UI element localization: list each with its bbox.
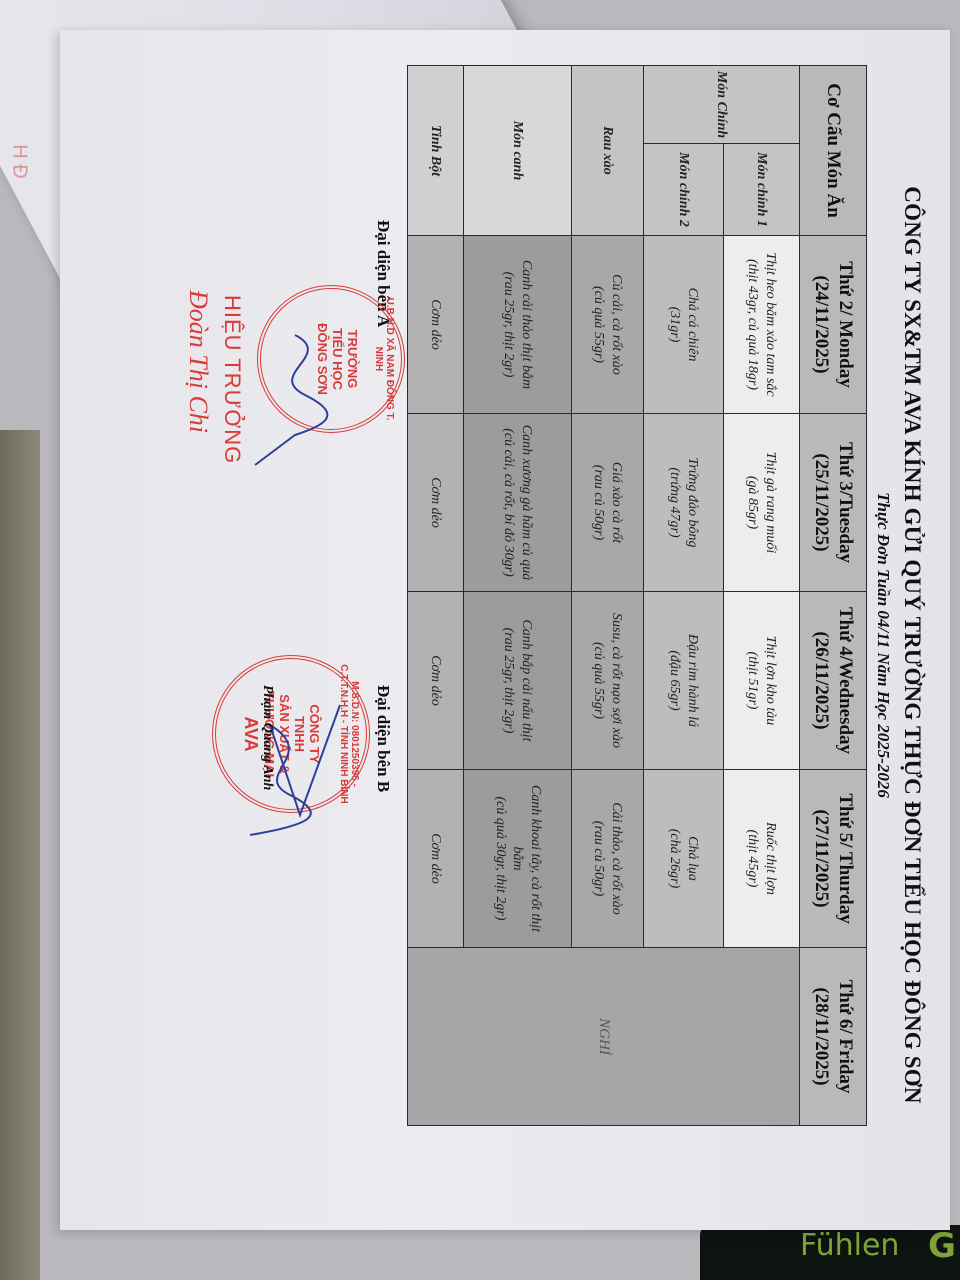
menu-cell: Cải thảo, cà rốt xào(rau củ 50gr)	[572, 770, 644, 948]
menu-cell: Cơm dẻo	[408, 770, 464, 948]
menu-cell: Canh cải thảo thịt bằm(rau 25gr, thịt 2g…	[464, 236, 572, 414]
party-a-name: Đoàn Thị Chi	[183, 290, 213, 433]
menu-cell: Canh xương gà hầm củ quả(củ cải, cà rốt,…	[464, 414, 572, 592]
day-header: Thứ 2/ Monday(24/11/2025)	[800, 236, 867, 414]
weekly-menu-table: Cơ Cấu Món Ăn Thứ 2/ Monday(24/11/2025) …	[407, 65, 867, 1126]
menu-cell: Thịt lợn kho tàu(thịt 51gr)	[724, 592, 800, 770]
signature-a	[245, 325, 355, 475]
row-label: Món canh	[464, 66, 572, 236]
row-label: Món chính 1	[724, 144, 800, 236]
day-header: Thứ 6/ Friday(28/11/2025)	[800, 948, 867, 1126]
table-header-row: Cơ Cấu Món Ăn Thứ 2/ Monday(24/11/2025) …	[800, 66, 867, 1126]
menu-cell: Canh khoai tây, cà rốt thịt bằm(củ quả 3…	[464, 770, 572, 948]
menu-cell: Thịt heo băm xào tam sắc(thịt 43gr, củ q…	[724, 236, 800, 414]
monitor-logo-icon: G	[928, 1226, 956, 1266]
day-header: Thứ 4/Wednesday(26/11/2025)	[800, 592, 867, 770]
menu-cell: Giá xào cà rốt(rau củ 50gr)	[572, 414, 644, 592]
menu-document: CÔNG TY SX&TM AVA KÍNH GỬI QUÝ TRƯỜNG TH…	[75, 55, 935, 1215]
table-row: Món Chính Món chính 1 Thịt heo băm xào t…	[724, 66, 800, 1126]
menu-cell: Cơm dẻo	[408, 592, 464, 770]
row-label: Món chính 2	[644, 144, 724, 236]
day-header: Thứ 5/ Thurday(27/11/2025)	[800, 770, 867, 948]
menu-cell: Susu, cà rốt nạo sợi xào(củ quả 55gr)	[572, 592, 644, 770]
party-b-name: Phạm Quang Anh	[259, 685, 275, 790]
menu-cell: Cơm dẻo	[408, 414, 464, 592]
menu-cell: Ruốc thịt lợn(thịt 45gr)	[724, 770, 800, 948]
menu-cell: Đậu rim hành lá(đậu 65gr)	[644, 592, 724, 770]
stamp-ring-text: U.B.N.D XÃ NAM ĐÔNG T. NINH	[373, 289, 395, 429]
row-group-label: Món Chính	[644, 66, 800, 144]
menu-cell: Cơm dẻo	[408, 236, 464, 414]
menu-cell: Củ cải, cà rốt xào(củ quả 55gr)	[572, 236, 644, 414]
faded-stamp-text: H Đ	[8, 144, 31, 178]
party-b-label: Đại diện bên B	[373, 685, 393, 792]
party-a-role: HIỆU TRƯỞNG	[219, 295, 245, 464]
menu-cell: Trứng đảo bông(trứng 47gr)	[644, 414, 724, 592]
menu-cell: Canh bắp cải nấu thịt(rau 25gr, thịt 2gr…	[464, 592, 572, 770]
menu-cell: Thịt gà rang muối(gà 85gr)	[724, 414, 800, 592]
document-subtitle: Thực Đơn Tuần 04/11 Năm Học 2025-2026	[873, 95, 893, 1195]
desk-edge	[0, 430, 40, 1280]
menu-cell: Chả cá chiên(31gr)	[644, 236, 724, 414]
menu-cell: Chả lụa(chả 26gr)	[644, 770, 724, 948]
friday-off-cell: NGHỈ	[408, 948, 800, 1126]
day-header: Thứ 3/Tuesday(25/11/2025)	[800, 414, 867, 592]
corner-header: Cơ Cấu Món Ăn	[800, 66, 867, 236]
monitor-brand-logo: Fühlen	[800, 1228, 899, 1263]
document-title: CÔNG TY SX&TM AVA KÍNH GỬI QUÝ TRƯỜNG TH…	[899, 95, 925, 1195]
row-label: Rau xào	[572, 66, 644, 236]
signature-b	[240, 695, 360, 845]
row-label: Tinh Bột	[408, 66, 464, 236]
